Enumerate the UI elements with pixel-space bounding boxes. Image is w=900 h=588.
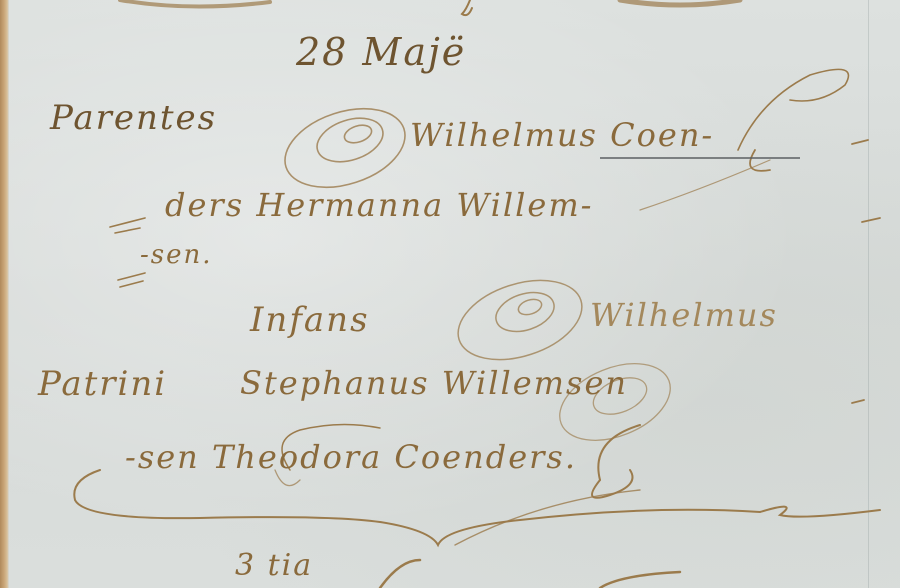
parents-line-3: -sen. (140, 240, 213, 270)
parents-line-text: Wilhelmus Coen- (410, 116, 714, 154)
date-heading: 28 Majë (296, 30, 466, 74)
next-entry-fragment: 3 tia (235, 548, 313, 583)
parents-line-2: ders Hermanna Willem- (165, 186, 593, 224)
godparents-line-2: -sen Theodora Coenders. (125, 438, 577, 476)
infans-label: Infans (250, 300, 370, 340)
patrini-label: Patrini (38, 364, 167, 404)
parentes-label: Parentes (50, 98, 217, 138)
flourishes (0, 0, 900, 588)
pencil-underline (600, 157, 800, 159)
infant-name: Wilhelmus (590, 296, 778, 334)
godparents-line-1-text: Stephanus Willemsen (240, 364, 628, 402)
register-page: 28 Majë Parentes Wilhelmus Coen- ders He… (0, 0, 900, 588)
